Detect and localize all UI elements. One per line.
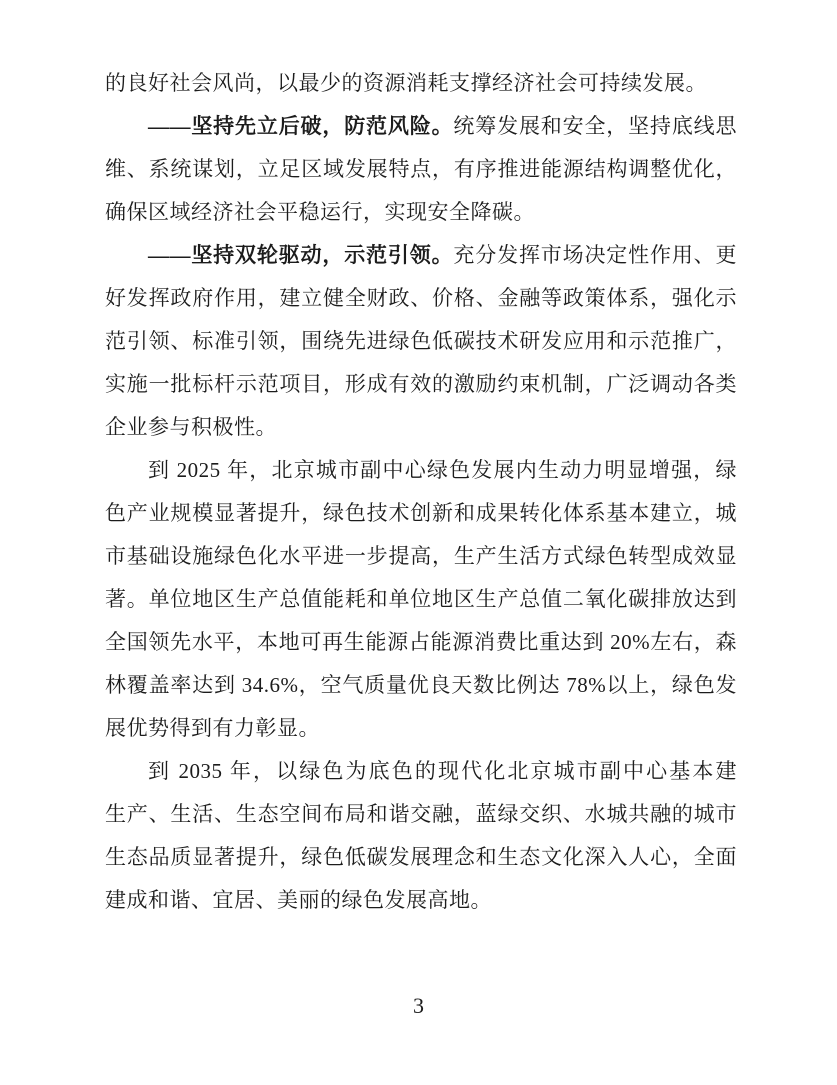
body-text: 的良好社会风尚，以最少的资源消耗支撑经济社会可持续发展。 xyxy=(105,71,707,95)
emphasis-text: ——坚持双轮驱动，示范引领。 xyxy=(148,243,453,267)
body-text: 到 2035 年，以绿色为底色的现代化北京城市副中心基本建成， xyxy=(105,759,737,793)
body-text: 统筹发展和安全，坚持底线思 xyxy=(453,114,737,138)
text-line: 到 2035 年，以绿色为底色的现代化北京城市副中心基本建成， xyxy=(105,750,737,793)
document-page: 的良好社会风尚，以最少的资源消耗支撑经济社会可持续发展。——坚持先立后破，防范风… xyxy=(0,0,837,1085)
body-text: 林覆盖率达到 34.6%，空气质量优良天数比例达 78%以上，绿色发 xyxy=(105,673,737,697)
text-line: 色产业规模显著提升，绿色技术创新和成果转化体系基本建立，城 xyxy=(105,492,737,535)
text-line: ——坚持双轮驱动，示范引领。充分发挥市场决定性作用、更 xyxy=(105,234,737,277)
text-line: 范引领、标准引领，围绕先进绿色低碳技术研发应用和示范推广， xyxy=(105,320,737,363)
body-text: 好发挥政府作用，建立健全财政、价格、金融等政策体系，强化示 xyxy=(105,286,737,310)
paragraph: ——坚持先立后破，防范风险。统筹发展和安全，坚持底线思维、系统谋划，立足区域发展… xyxy=(105,105,737,234)
text-line: 实施一批标杆示范项目，形成有效的激励约束机制，广泛调动各类 xyxy=(105,363,737,406)
text-line: ——坚持先立后破，防范风险。统筹发展和安全，坚持底线思 xyxy=(105,105,737,148)
body-text: 展优势得到有力彰显。 xyxy=(105,716,320,740)
text-line: 林覆盖率达到 34.6%，空气质量优良天数比例达 78%以上，绿色发 xyxy=(105,664,737,707)
body-text: 确保区域经济社会平稳运行，实现安全降碳。 xyxy=(105,200,535,224)
text-line: 生态品质显著提升，绿色低碳发展理念和生态文化深入人心，全面 xyxy=(105,836,737,879)
text-line: 著。单位地区生产总值能耗和单位地区生产总值二氧化碳排放达到 xyxy=(105,578,737,621)
body-text: 全国领先水平，本地可再生能源占能源消费比重达到 20%左右，森 xyxy=(105,630,737,654)
body-text: 建成和谐、宜居、美丽的绿色发展高地。 xyxy=(105,888,492,912)
text-line: 展优势得到有力彰显。 xyxy=(105,707,737,750)
body-text: 实施一批标杆示范项目，形成有效的激励约束机制，广泛调动各类 xyxy=(105,372,737,396)
paragraph: 到 2025 年，北京城市副中心绿色发展内生动力明显增强，绿色产业规模显著提升，… xyxy=(105,449,737,750)
text-line: 企业参与积极性。 xyxy=(105,406,737,449)
body-text: 到 2025 年，北京城市副中心绿色发展内生动力明显增强，绿 xyxy=(148,458,737,482)
paragraph: 到 2035 年，以绿色为底色的现代化北京城市副中心基本建成，生产、生活、生态空… xyxy=(105,750,737,922)
body-text: 生产、生活、生态空间布局和谐交融，蓝绿交织、水城共融的城市 xyxy=(105,802,737,826)
text-line: 市基础设施绿色化水平进一步提高，生产生活方式绿色转型成效显 xyxy=(105,535,737,578)
page-number: 3 xyxy=(0,991,837,1021)
text-line: 的良好社会风尚，以最少的资源消耗支撑经济社会可持续发展。 xyxy=(105,62,737,105)
text-line: 建成和谐、宜居、美丽的绿色发展高地。 xyxy=(105,879,737,922)
text-line: 确保区域经济社会平稳运行，实现安全降碳。 xyxy=(105,191,737,234)
body-text: 著。单位地区生产总值能耗和单位地区生产总值二氧化碳排放达到 xyxy=(105,587,737,611)
body-text: 范引领、标准引领，围绕先进绿色低碳技术研发应用和示范推广， xyxy=(105,329,737,353)
paragraph: 的良好社会风尚，以最少的资源消耗支撑经济社会可持续发展。 xyxy=(105,62,737,105)
body-text: 充分发挥市场决定性作用、更 xyxy=(453,243,737,267)
text-line: 到 2025 年，北京城市副中心绿色发展内生动力明显增强，绿 xyxy=(105,449,737,492)
emphasis-text: ——坚持先立后破，防范风险。 xyxy=(148,114,453,138)
body-text: 色产业规模显著提升，绿色技术创新和成果转化体系基本建立，城 xyxy=(105,501,737,525)
body-text: 市基础设施绿色化水平进一步提高，生产生活方式绿色转型成效显 xyxy=(105,544,737,568)
paragraph: ——坚持双轮驱动，示范引领。充分发挥市场决定性作用、更好发挥政府作用，建立健全财… xyxy=(105,234,737,449)
text-line: 好发挥政府作用，建立健全财政、价格、金融等政策体系，强化示 xyxy=(105,277,737,320)
body-text: 生态品质显著提升，绿色低碳发展理念和生态文化深入人心，全面 xyxy=(105,845,737,869)
body-text: 维、系统谋划，立足区域发展特点，有序推进能源结构调整优化， xyxy=(105,157,737,181)
text-line: 全国领先水平，本地可再生能源占能源消费比重达到 20%左右，森 xyxy=(105,621,737,664)
body-text: 企业参与积极性。 xyxy=(105,415,277,439)
text-line: 维、系统谋划，立足区域发展特点，有序推进能源结构调整优化， xyxy=(105,148,737,191)
text-line: 生产、生活、生态空间布局和谐交融，蓝绿交织、水城共融的城市 xyxy=(105,793,737,836)
document-body: 的良好社会风尚，以最少的资源消耗支撑经济社会可持续发展。——坚持先立后破，防范风… xyxy=(105,62,737,922)
